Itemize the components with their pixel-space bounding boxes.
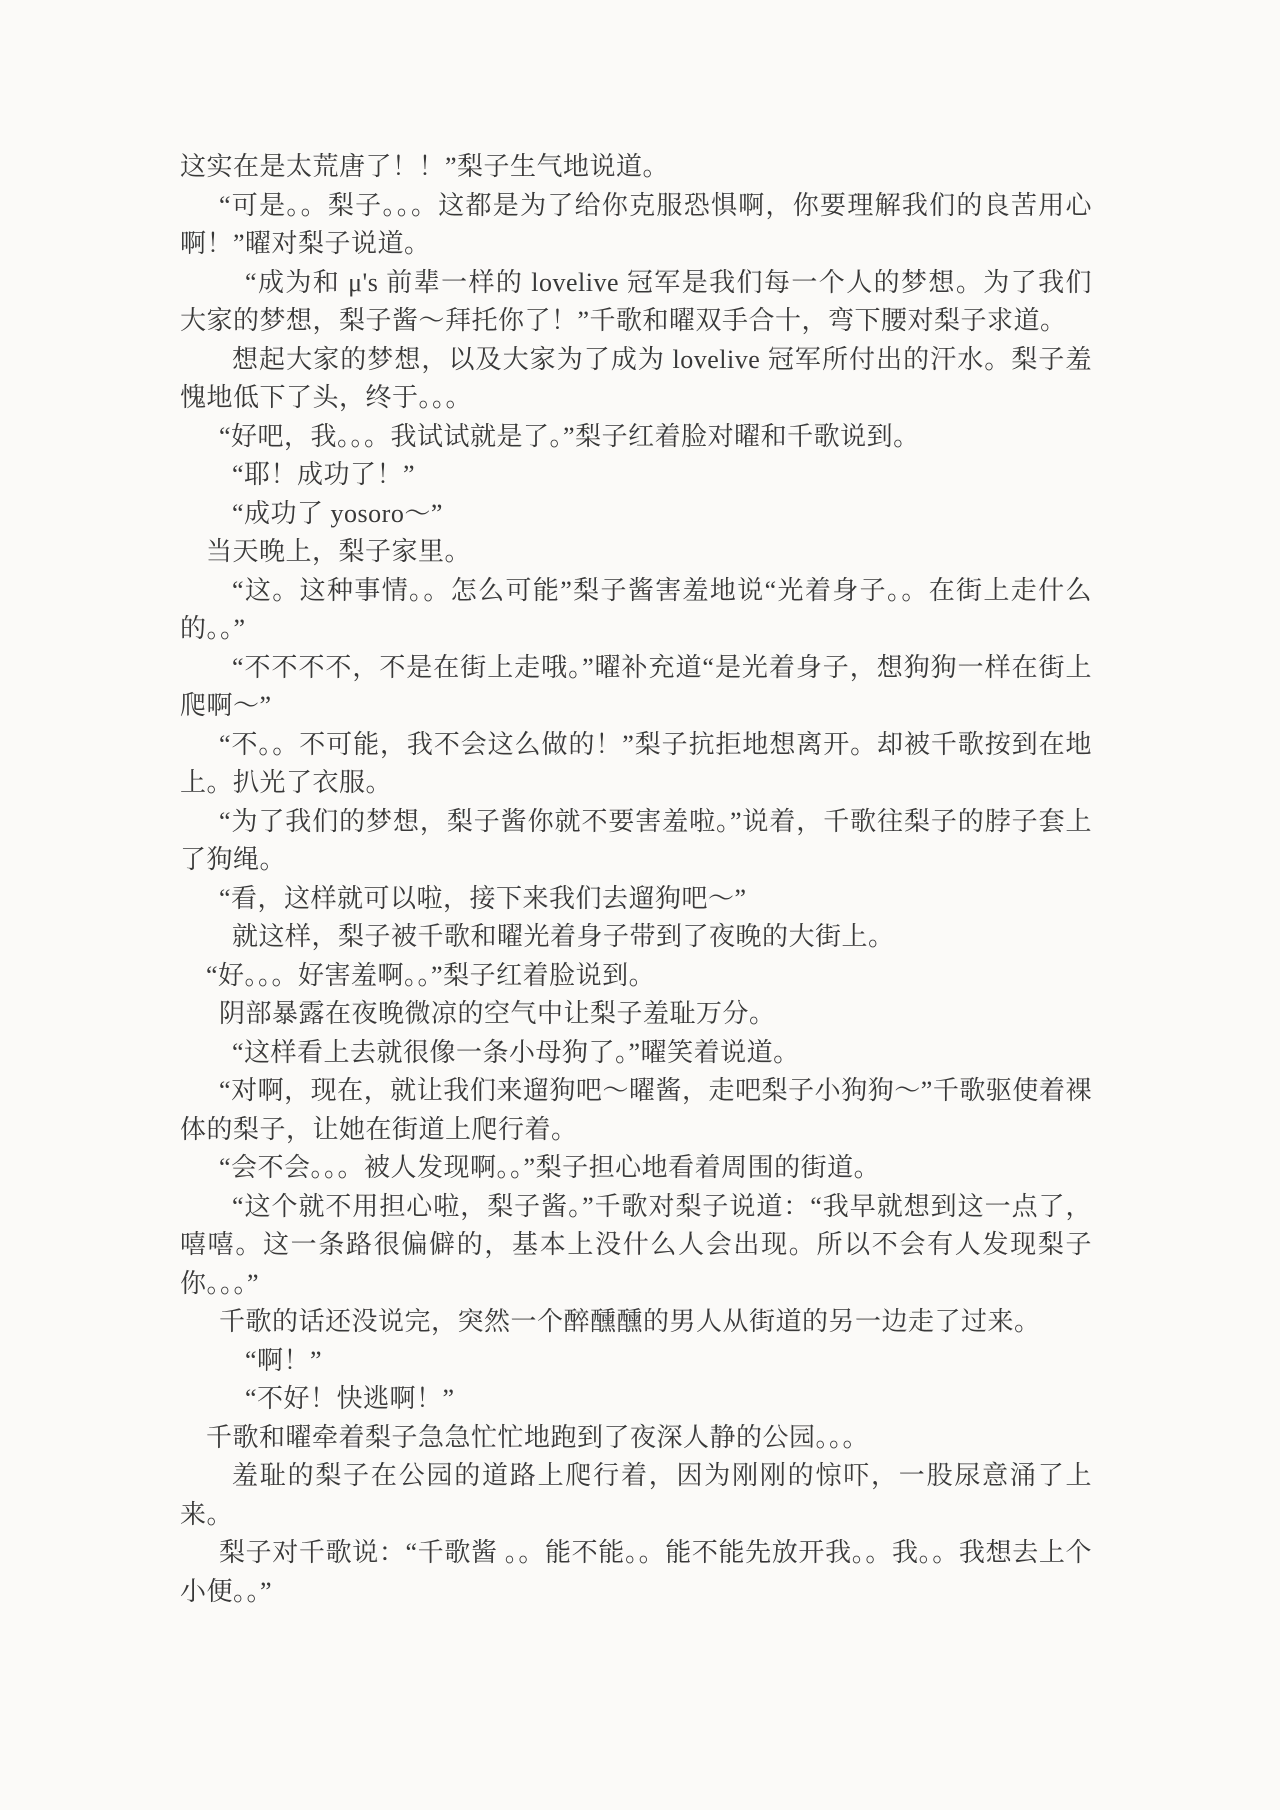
paragraph: “这样看上去就很像一条小母狗了。”曜笑着说道。	[180, 1034, 1092, 1073]
paragraph: “对啊，现在，就让我们来遛狗吧～曜酱，走吧梨子小狗狗～”千歌驱使着裸体的梨子，让…	[180, 1072, 1092, 1149]
paragraph: 千歌的话还没说完，突然一个醉醺醺的男人从街道的另一边走了过来。	[180, 1303, 1092, 1342]
paragraph: “为了我们的梦想，梨子酱你就不要害羞啦。”说着，千歌往梨子的脖子套上了狗绳。	[180, 803, 1092, 880]
paragraph: “好吧，我。。。我试试就是了。”梨子红着脸对曜和千歌说到。	[180, 418, 1092, 457]
paragraph: “这。这种事情。。怎么可能”梨子酱害羞地说“光着身子。。在街上走什么的。。”	[180, 572, 1092, 649]
paragraph: “成为和 μ's 前辈一样的 lovelive 冠军是我们每一个人的梦想。为了我…	[180, 264, 1092, 341]
paragraph: “看，这样就可以啦，接下来我们去遛狗吧～”	[180, 880, 1092, 919]
paragraph: 想起大家的梦想，以及大家为了成为 lovelive 冠军所付出的汗水。梨子羞愧地…	[180, 341, 1092, 418]
paragraph: 这实在是太荒唐了！！”梨子生气地说道。	[180, 148, 1092, 187]
paragraph: “不。。不可能，我不会这么做的！”梨子抗拒地想离开。却被千歌按到在地上。扒光了衣…	[180, 726, 1092, 803]
paragraph: 阴部暴露在夜晚微凉的空气中让梨子羞耻万分。	[180, 995, 1092, 1034]
paragraph: 就这样，梨子被千歌和曜光着身子带到了夜晚的大街上。	[180, 918, 1092, 957]
paragraph: 当天晚上，梨子家里。	[180, 533, 1092, 572]
paragraph: “这个就不用担心啦，梨子酱。”千歌对梨子说道：“我早就想到这一点了，嘻嘻。这一条…	[180, 1188, 1092, 1304]
paragraph: “可是。。梨子。。。这都是为了给你克服恐惧啊，你要理解我们的良苦用心啊！”曜对梨…	[180, 187, 1092, 264]
paragraph: “会不会。。。被人发现啊。。”梨子担心地看着周围的街道。	[180, 1149, 1092, 1188]
paragraph: 羞耻的梨子在公园的道路上爬行着，因为刚刚的惊吓，一股尿意涌了上来。	[180, 1457, 1092, 1534]
document-page: 这实在是太荒唐了！！”梨子生气地说道。“可是。。梨子。。。这都是为了给你克服恐惧…	[0, 0, 1280, 1810]
paragraph: “耶！成功了！”	[180, 456, 1092, 495]
paragraph: “不好！快逃啊！”	[180, 1380, 1092, 1419]
paragraph: “成功了 yosoro～”	[180, 495, 1092, 534]
paragraph: “不不不不，不是在街上走哦。”曜补充道“是光着身子，想狗狗一样在街上爬啊～”	[180, 649, 1092, 726]
paragraph: 千歌和曜牵着梨子急急忙忙地跑到了夜深人静的公园。。。	[180, 1419, 1092, 1458]
document-text: 这实在是太荒唐了！！”梨子生气地说道。“可是。。梨子。。。这都是为了给你克服恐惧…	[180, 148, 1092, 1611]
paragraph: “好。。。好害羞啊。。”梨子红着脸说到。	[180, 957, 1092, 996]
paragraph: 梨子对千歌说：“千歌酱 。。能不能。。能不能先放开我。。我。。我想去上个小便。。…	[180, 1534, 1092, 1611]
paragraph: “啊！”	[180, 1342, 1092, 1381]
